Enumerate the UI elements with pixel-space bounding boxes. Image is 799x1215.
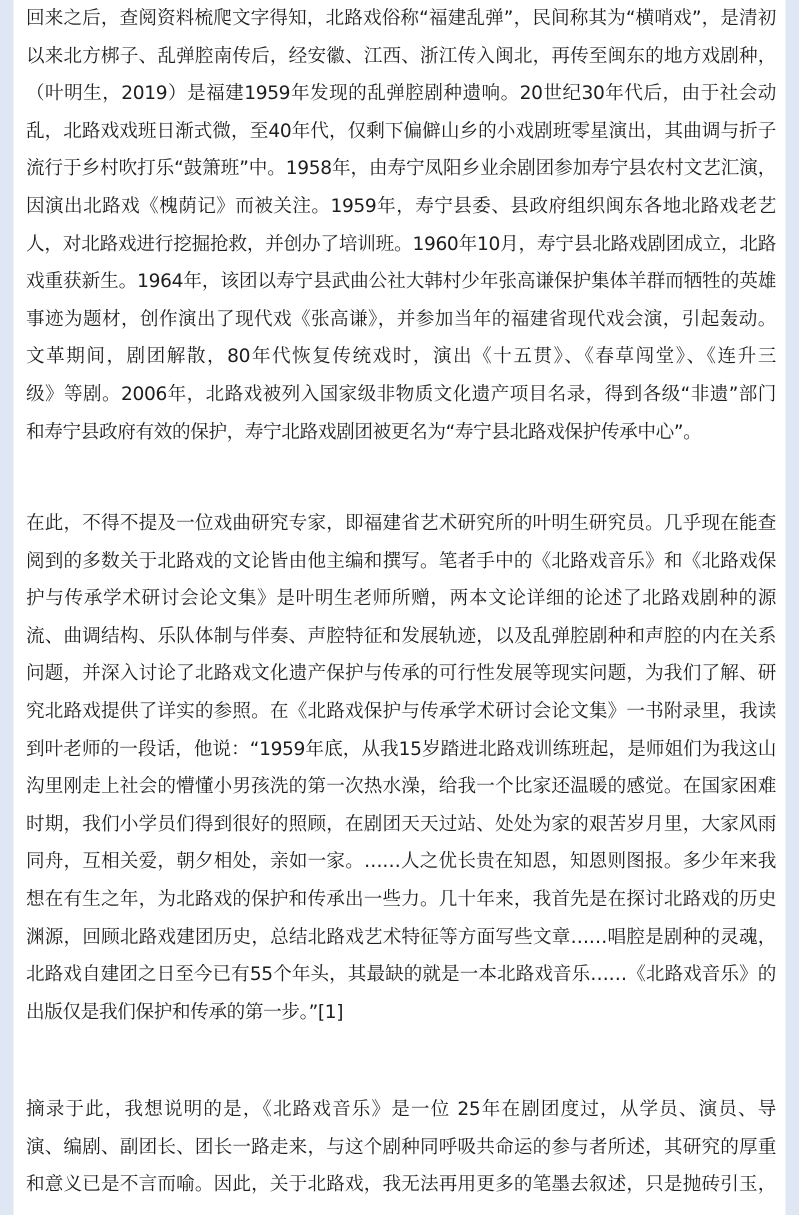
text-line: 回来之后，查阅资料梳爬文字得知，北路戏俗称“福建乱弹”，民间称其为“横哨戏”，是… [26, 0, 776, 38]
text-line: 和意义已是不言而喻。因此，关于北路戏，我无法再用更多的笔墨去叙述，只是抛砖引玉， [26, 1166, 776, 1204]
text-line: 戏重获新生。1964年，该团以寿宁县武曲公社大韩村少年张高谦保护集体羊群而牺牲的… [26, 263, 776, 301]
text-line: （叶明生，2019）是福建1959年发现的乱弹腔剧种遗响。20世纪30年代后，由… [26, 75, 776, 113]
text-line: 流行于乡村吹打乐“鼓箫班”中。1958年，由寿宁凤阳乡业余剧团参加寿宁县农村文艺… [26, 150, 776, 188]
document-page: 回来之后，查阅资料梳爬文字得知，北路戏俗称“福建乱弹”，民间称其为“横哨戏”，是… [13, 0, 786, 1215]
paragraph-history: 回来之后，查阅资料梳爬文字得知，北路戏俗称“福建乱弹”，民间称其为“横哨戏”，是… [26, 0, 776, 451]
text-line: 在此，不得不提及一位戏曲研究专家，即福建省艺术研究所的叶明生研究员。几乎现在能查 [26, 505, 776, 543]
paragraph-ye-mingsheng: 在此，不得不提及一位戏曲研究专家，即福建省艺术研究所的叶明生研究员。几乎现在能查… [26, 505, 776, 1031]
text-line: 究北路戏提供了详实的参照。在《北路戏保护与传承学术研讨会论文集》一书附录里，我读 [26, 693, 776, 731]
text-line: 同舟，互相关爱，朝夕相处，亲如一家。……人之优长贵在知恩，知恩则图报。多少年来我 [26, 843, 776, 881]
text-line: 摘录于此，我想说明的是，《北路戏音乐》是一位 25年在剧团度过，从学员、演员、导 [26, 1091, 776, 1129]
text-line: 时期，我们小学员们得到很好的照顾，在剧团天天过站、处处为家的艰苦岁月里，大家风雨 [26, 806, 776, 844]
text-line: 沟里刚走上社会的懵懂小男孩洗的第一次热水澡，给我一个比家还温暖的感觉。在国家困难 [26, 768, 776, 806]
text-line: 和寿宁县政府有效的保护，寿宁北路戏剧团被更名为“寿宁县北路戏保护传承中心”。 [26, 414, 776, 452]
text-line: 阅到的多数关于北路戏的文论皆由他主编和撰写。笔者手中的《北路戏音乐》和《北路戏保 [26, 543, 776, 581]
text-line: 演、编剧、副团长、团长一路走来，与这个剧种同呼吸共命运的参与者所述，其研究的厚重 [26, 1129, 776, 1167]
text-line: 护与传承学术研讨会论文集》是叶明生老师所赠，两本文论详细的论述了北路戏剧种的源 [26, 580, 776, 618]
text-line: 流、曲调结构、乐队体制与伴奏、声腔特征和发展轨迹，以及乱弹腔剧种和声腔的内在关系 [26, 618, 776, 656]
text-line: 想在有生之年，为北路戏的保护和传承出一些力。几十年来，我首先是在探讨北路戏的历史 [26, 881, 776, 919]
text-line: 问题，并深入讨论了北路戏文化遗产保护与传承的可行性发展等现实问题，为我们了解、研 [26, 655, 776, 693]
text-line: 因演出北路戏《槐荫记》而被关注。1959年，寿宁县委、县政府组织闽东各地北路戏老… [26, 188, 776, 226]
text-line: 渊源，回顾北路戏建团历史，总结北路戏艺术特征等方面写些文章……唱腔是剧种的灵魂， [26, 919, 776, 957]
paragraph-conclusion: 摘录于此，我想说明的是，《北路戏音乐》是一位 25年在剧团度过，从学员、演员、导… [26, 1091, 776, 1204]
text-line: 北路戏自建团之日至今已有55个年头，其最缺的就是一本北路戏音乐……《北路戏音乐》… [26, 956, 776, 994]
text-line: 人，对北路戏进行挖掘抢救，并创办了培训班。1960年10月，寿宁县北路戏剧团成立… [26, 226, 776, 264]
text-line: 以来北方梆子、乱弹腔南传后，经安徽、江西、浙江传入闽北，再传至闽东的地方戏剧种， [26, 38, 776, 76]
text-line: 事迹为题材，创作演出了现代戏《张高谦》，并参加当年的福建省现代戏会演，引起轰动。 [26, 301, 776, 339]
text-line: 乱，北路戏戏班日渐式微，至40年代，仅剩下偏僻山乡的小戏剧班零星演出，其曲调与折… [26, 113, 776, 151]
text-line: 级》等剧。2006年，北路戏被列入国家级非物质文化遗产项目名录，得到各级“非遗”… [26, 376, 776, 414]
text-line: 出版仅是我们保护和传承的第一步。”[1] [26, 994, 776, 1032]
text-line: 文革期间，剧团解散，80年代恢复传统戏时，演出《十五贯》、《春草闯堂》、《连升三 [26, 338, 776, 376]
text-line: 到叶老师的一段话，他说：“1959年底，从我15岁踏进北路戏训练班起，是师姐们为… [26, 731, 776, 769]
